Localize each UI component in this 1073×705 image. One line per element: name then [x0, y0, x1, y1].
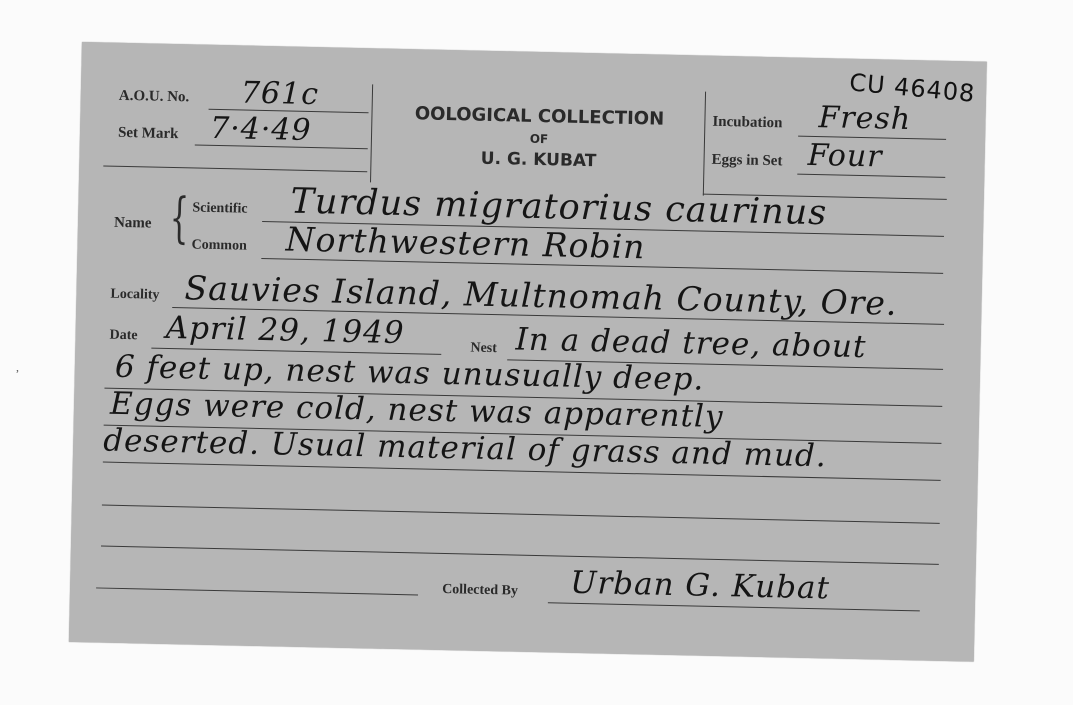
aou-no-value: 761c: [241, 75, 320, 112]
nest-label: Nest: [470, 341, 497, 358]
aou-no-label: A.O.U. No.: [119, 88, 190, 107]
collected-by-label: Collected By: [442, 582, 518, 600]
name-label: Name: [114, 215, 152, 233]
eggs-in-set-label: Eggs in Set: [711, 152, 782, 171]
blank-line-1: [102, 505, 940, 524]
right-divider: [703, 92, 706, 196]
blank-line-2: [101, 546, 939, 565]
locality-label: Locality: [110, 287, 159, 304]
common-value: Northwestern Robin: [285, 219, 645, 266]
collected-by-signature: Urban G. Kubat: [570, 565, 830, 607]
incubation-label: Incubation: [712, 114, 782, 133]
date-label: Date: [109, 328, 137, 345]
common-label: Common: [191, 237, 247, 254]
left-divider: [370, 84, 373, 182]
name-brace: {: [169, 191, 189, 245]
incubation-value: Fresh: [818, 100, 911, 137]
set-mark-label: Set Mark: [118, 125, 179, 143]
collection-title-of: OF: [380, 129, 698, 150]
stray-mark: ,: [16, 360, 19, 375]
scientific-label: Scientific: [192, 200, 248, 217]
date-value: April 29, 1949: [165, 310, 405, 351]
set-mark-value: 7·4·49: [210, 111, 312, 148]
eggs-in-set-value: Four: [807, 138, 883, 175]
collector-name-title: U. G. KUBAT: [379, 147, 697, 174]
collection-title: OOLOGICAL COLLECTION: [380, 103, 698, 131]
oological-record-card: CU 46408 A.O.U. No. 761c Set Mark 7·4·49…: [69, 42, 987, 662]
blank-line-3: [96, 587, 418, 595]
top-left-bottom-line: [103, 165, 367, 172]
